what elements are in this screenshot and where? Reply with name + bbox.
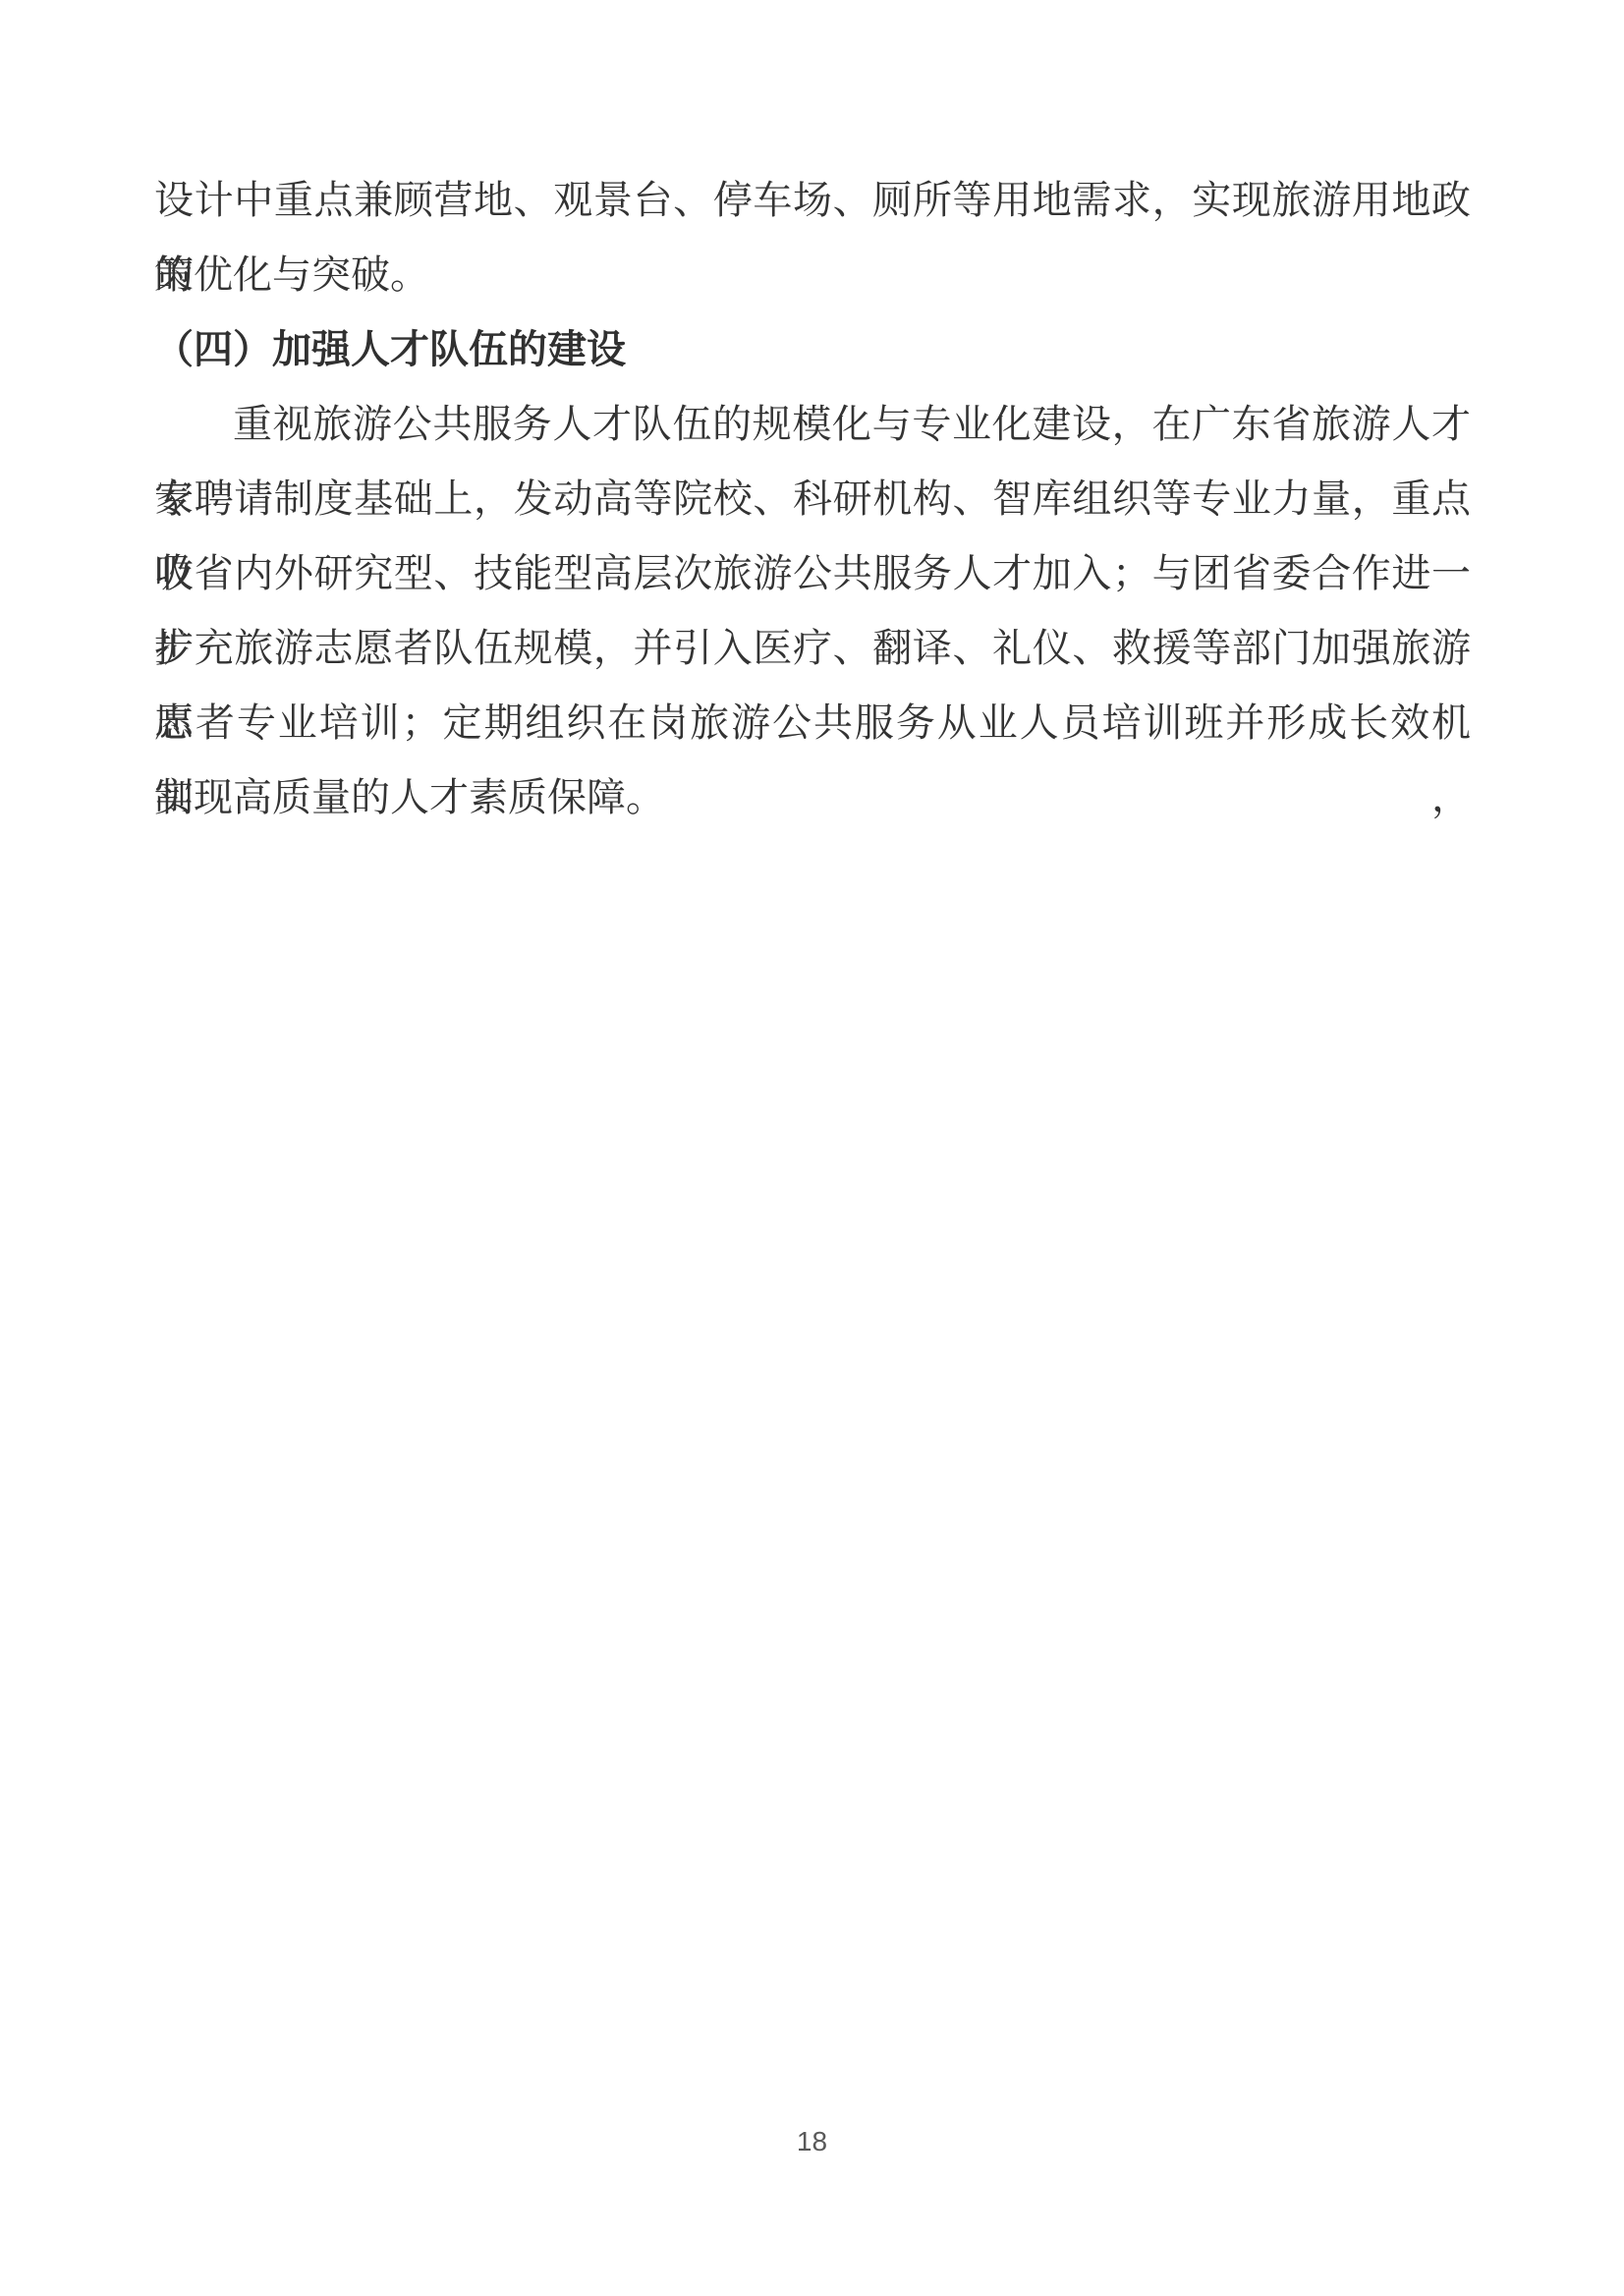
paragraph-line: 家聘请制度基础上，发动高等院校、科研机构、智库组织等专业力量，重点吸 — [154, 462, 1471, 536]
document-body: 设计中重点兼顾营地、观景台、停车场、厕所等用地需求，实现旅游用地政策 的优化与突… — [154, 163, 1471, 835]
section-heading: （四）加强人才队伍的建设 — [154, 312, 1471, 387]
paragraph-line: 的优化与突破。 — [154, 238, 1471, 312]
paragraph-line: 设计中重点兼顾营地、观景台、停车场、厕所等用地需求，实现旅游用地政策 — [154, 163, 1471, 238]
paragraph-line: 愿者专业培训；定期组织在岗旅游公共服务从业人员培训班并形成长效机制， — [154, 686, 1471, 760]
page-number: 18 — [0, 2122, 1624, 2161]
paragraph-line: 扩充旅游志愿者队伍规模，并引入医疗、翻译、礼仪、救援等部门加强旅游志 — [154, 611, 1471, 686]
paragraph-line: 收省内外研究型、技能型高层次旅游公共服务人才加入；与团省委合作进一步 — [154, 536, 1471, 611]
document-page: 设计中重点兼顾营地、观景台、停车场、厕所等用地需求，实现旅游用地政策 的优化与突… — [0, 0, 1624, 2296]
paragraph-line: 重视旅游公共服务人才队伍的规模化与专业化建设，在广东省旅游人才专 — [154, 387, 1471, 462]
